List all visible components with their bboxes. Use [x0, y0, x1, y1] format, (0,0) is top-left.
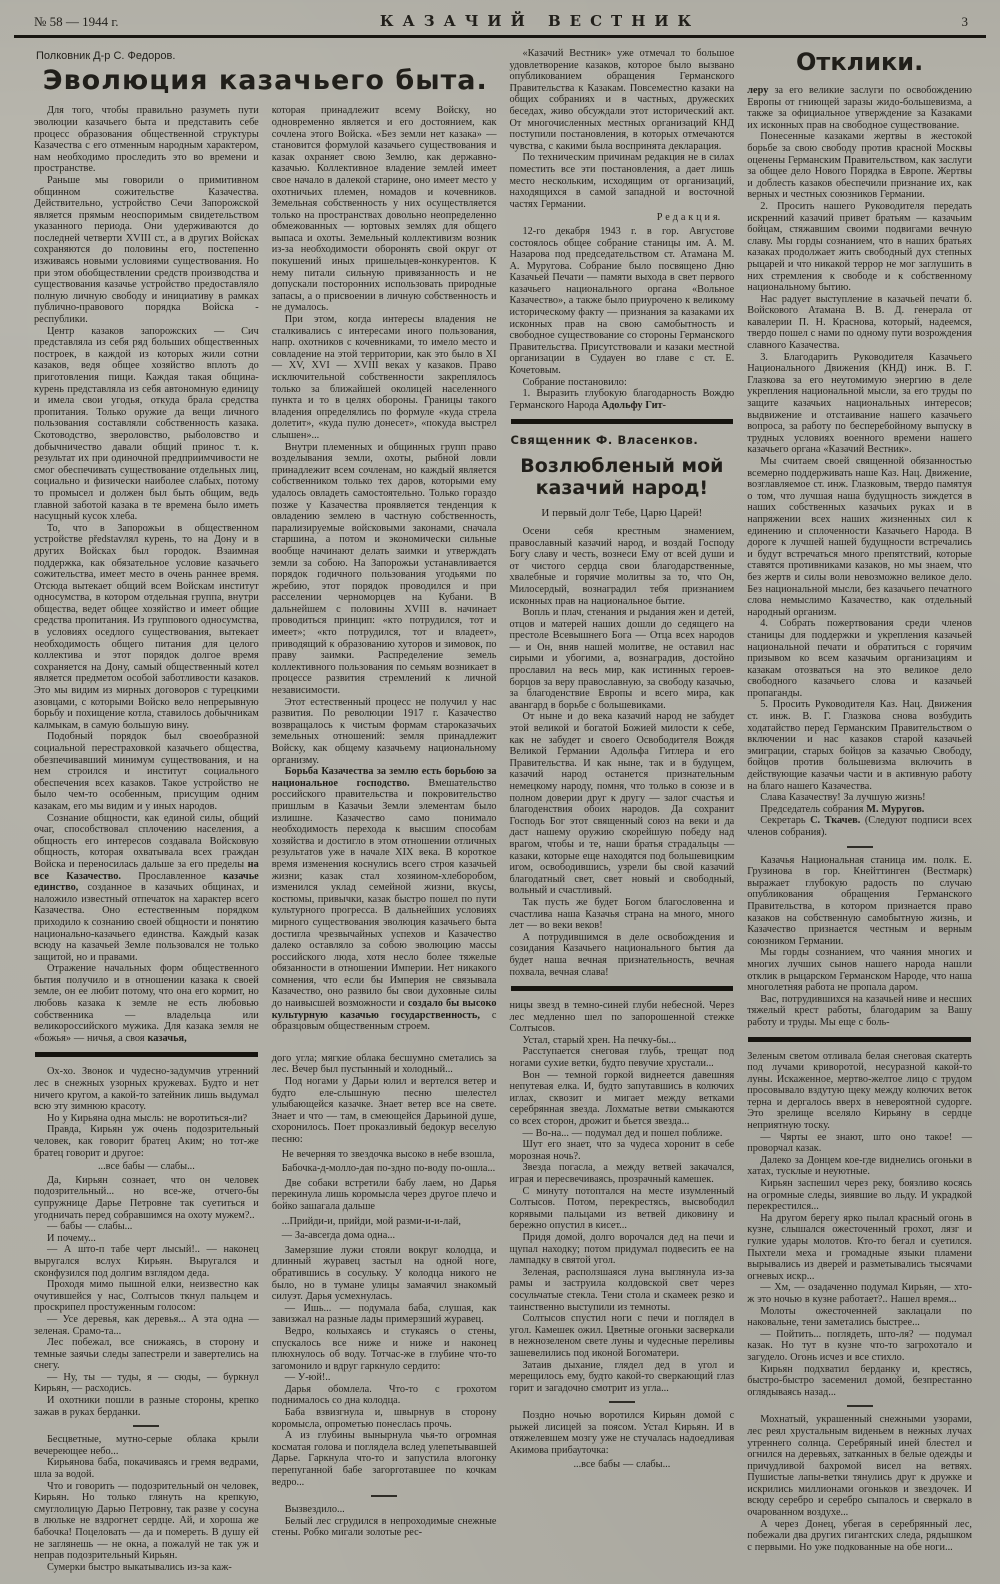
- paragraph: Замерзшие лужи стояли вокруг колодца, и …: [272, 1245, 497, 1303]
- dash-divider: [847, 846, 873, 848]
- sermon-subtitle: И первый долг Тебе, Царю Царей!: [510, 507, 735, 519]
- paragraph: Звезда погасла, а между ветвей закачался…: [510, 1162, 735, 1185]
- paragraph: Расступается снеговая глубь, трещат под …: [510, 1046, 735, 1069]
- paragraph: Вас, потрудившихся на казачьей ниве и не…: [747, 994, 972, 1029]
- paragraph: Нас радует выступление в казачьей печати…: [747, 294, 972, 352]
- paragraph: леру за его великие заслуги по освобожде…: [747, 85, 972, 131]
- paragraph: Но у Кирьяна одна мысль: не воротиться-л…: [34, 1113, 259, 1125]
- paragraph: Шут его знает, что за чудеса хоронит в с…: [510, 1139, 735, 1162]
- paragraph: А потрудившимся в деле освобождения и со…: [510, 932, 735, 978]
- evolution-article-text-col2: которая принадлежит всему Войску, но одн…: [272, 105, 497, 1033]
- paragraph: Для того, чтобы правильно разуметь пути …: [34, 105, 259, 175]
- paragraph: Молоты ожесточенней заклацали по наковал…: [747, 1306, 972, 1329]
- paragraph: — За-авсегда дома одна...: [272, 1230, 497, 1242]
- paragraph: На другом берегу ярко пылал красный огон…: [747, 1213, 972, 1283]
- paragraph: Не вечерняя то звездочка высоко в небе в…: [272, 1149, 497, 1161]
- paragraph: Ох-хо. Звонок и чудесно-задумчив утренни…: [34, 1066, 259, 1112]
- paragraph: 5. Просить Руководителя Каз. Нац. Движен…: [747, 699, 972, 792]
- paragraph: Мы горды сознанием, что чаяния многих и …: [747, 947, 972, 993]
- paragraph: Сознание общности, как единой силы, общи…: [34, 813, 259, 964]
- paragraph: Вон — темной горкой виднеется давешняя н…: [510, 1070, 735, 1128]
- paragraph: Ведро, колыхаясь и стукаясь о стены, спу…: [272, 1326, 497, 1372]
- masthead: № 58 — 1944 г. КАЗАЧИЙ ВЕСТНИК 3: [10, 6, 990, 32]
- paragraph: Солтысов спустил ноги с печи и поглядел …: [510, 1313, 735, 1359]
- paragraph: 12-го декабря 1943 г. в гор. Августове с…: [510, 226, 735, 377]
- paragraph: Собрание постановило:: [510, 377, 735, 389]
- issue-number: № 58 — 1944 г.: [34, 14, 119, 30]
- paragraph: «Казачий Вестник» уже отмечал то большое…: [510, 48, 735, 152]
- paragraph: — У-юй!..: [272, 1372, 497, 1384]
- paragraph: По техническим причинам редакция не в си…: [510, 152, 735, 210]
- paragraph: Отражение начальных форм общественного б…: [34, 963, 259, 1044]
- paragraph: 4. Собрать пожертвования среди членов ст…: [747, 618, 972, 699]
- section-divider-bar: [748, 1037, 971, 1042]
- paragraph: — Чярты ее знают, што оно такое! — прово…: [747, 1132, 972, 1155]
- paragraph: Кирьян заспешил через реку, боязливо кос…: [747, 1178, 972, 1213]
- evolution-article-header: Полковник Д-р С. Федоров. Эволюция казач…: [34, 48, 497, 105]
- paragraph: А через Донец, убегая в серебрянный лес,…: [747, 1519, 972, 1554]
- paragraph: То, что в Запорожьи в общественном устро…: [34, 523, 259, 732]
- paragraph: — Во-на... — подумал дед и пошел поближе…: [510, 1128, 735, 1140]
- paragraph: 3. Благодарить Руководителя Казачьего На…: [747, 352, 972, 456]
- newspaper-page: № 58 — 1944 г. КАЗАЧИЙ ВЕСТНИК 3 Полковн…: [0, 0, 1000, 1584]
- paragraph: При этом, когда интересы владения не ста…: [272, 314, 497, 442]
- paragraph: Внутри племенных и общинных групп право …: [272, 442, 497, 697]
- paragraph: ...все бабы — слабы...: [34, 1161, 259, 1173]
- paragraph: ...Прийди-и, прийди, мой разми-и-и-лай,: [272, 1216, 497, 1228]
- paragraph: Понесенные казаками жертвы в жестокой бо…: [747, 131, 972, 201]
- paragraph: дого угла; мягкие облака бесшумно сметал…: [272, 1053, 497, 1076]
- paragraph: — Ишь... — подумала баба, слушая, как за…: [272, 1303, 497, 1326]
- paragraph: Две собаки встретили бабу лаем, но Дарья…: [272, 1178, 497, 1213]
- section-divider-bar: [511, 419, 734, 424]
- paragraph: И почему...: [34, 1233, 259, 1245]
- paragraph: Бабочка-д-молло-дая по-здно по-воду по-о…: [272, 1163, 497, 1175]
- paragraph: Осени себя крестным знамением, православ…: [510, 526, 735, 607]
- section-divider-bar: [35, 1052, 258, 1057]
- paragraph: И охотники пошли в разные стороны, крепк…: [34, 1395, 259, 1418]
- paragraph: Бесцветные, мутно-серые облака крыли веч…: [34, 1434, 259, 1457]
- paragraph: Мохнатый, украшенный снежными узорами, л…: [747, 1414, 972, 1518]
- otkliki-title: Отклики.: [747, 48, 972, 76]
- paragraph: Устал, старый хрен. На печку-бы...: [510, 1035, 735, 1047]
- masthead-rule: [14, 35, 986, 38]
- page-number: 3: [962, 14, 969, 30]
- paragraph: Вызвездило...: [272, 1504, 497, 1516]
- paragraph: — бабы — слабы...: [34, 1221, 259, 1233]
- dash-divider: [371, 1495, 397, 1497]
- paragraph: Казачья Национальная станица им. полк. Е…: [747, 855, 972, 948]
- paragraph: Белый лес сгрудился в непроходимые снежн…: [272, 1516, 497, 1539]
- paragraph: Мы считаем своей священной обязанностью …: [747, 456, 972, 618]
- feuilleton-text-col1: Ох-хо. Звонок и чудесно-задумчив утренни…: [34, 1066, 259, 1573]
- evolution-article-title: Эволюция казачьего быта.: [34, 67, 497, 95]
- feuilleton-text-col3: ницы звезд в темно-синей глуби небесной.…: [510, 1000, 735, 1470]
- paragraph: Слава Казачеству! За лучшую жизнь!: [747, 792, 972, 804]
- paragraph: Председатель собрания М. Муругов.: [747, 804, 972, 816]
- evolution-article-text-col1: Для того, чтобы правильно разуметь пути …: [34, 105, 259, 1044]
- paragraph: Лес побежал, все снижаясь, в сторону и т…: [34, 1337, 259, 1372]
- paragraph: Вопль и плач, стенания и рыдания жен и д…: [510, 607, 735, 711]
- paragraph: Что и говорить — подозрительный он челов…: [34, 1481, 259, 1562]
- column-2: которая принадлежит всему Войску, но одн…: [272, 105, 497, 1573]
- sermon-header: Священник Ф. Власенков. Возлюбленый мой …: [510, 433, 735, 519]
- newspaper-title: КАЗАЧИЙ ВЕСТНИК: [380, 12, 700, 30]
- paragraph: Раньше мы говорили о примитивном общинно…: [34, 175, 259, 326]
- paragraph: Зеленым светом отливала белая снеговая с…: [747, 1051, 972, 1132]
- feuilleton-text-col4: Зеленым светом отливала белая снеговая с…: [747, 1051, 972, 1554]
- paragraph: Р е д а к ц и я.: [510, 212, 735, 224]
- paragraph: От ныне и до века казачий народ не забуд…: [510, 711, 735, 897]
- paragraph: Да, Кирьян сознает, что он человек подоз…: [34, 1175, 259, 1221]
- paragraph: Затаив дыхание, глядел дед в угол и мере…: [510, 1360, 735, 1395]
- paragraph: Дарья обомлела. Что-то с грохотом подним…: [272, 1384, 497, 1407]
- paragraph: Проходя мимо пышной елки, неизвестно как…: [34, 1279, 259, 1314]
- sermon-title: Возлюбленый мой казачий народ!: [510, 456, 735, 499]
- paragraph: Этот естественный процесс не получил у н…: [272, 697, 497, 767]
- paragraph: Сумерки быстро выкатывались из-за каж-: [34, 1562, 259, 1574]
- paragraph: Правда, Кирьян уж очень подозрительный ч…: [34, 1124, 259, 1159]
- paragraph: — Ну, ты — туды, я — сюды, — буркнул Кир…: [34, 1372, 259, 1395]
- paragraph: Кирьянова баба, покачиваясь и гремя ведр…: [34, 1457, 259, 1480]
- paragraph: Кирьян подхватил берданку и, крестясь, б…: [747, 1364, 972, 1399]
- paragraph: А из глубины вынырнула чья-то огромная к…: [272, 1430, 497, 1488]
- column-4: Отклики. леру за его великие заслуги по …: [747, 48, 972, 1573]
- column-1: Для того, чтобы правильно разуметь пути …: [34, 105, 259, 1573]
- otkliki-text-col4: леру за его великие заслуги по освобожде…: [747, 85, 972, 1029]
- paragraph: 1. Выразить глубокую благодарность Вождю…: [510, 388, 735, 411]
- paragraph: Подобный порядок был своеобразной социал…: [34, 731, 259, 812]
- paragraph: Центр казаков запорожских — Сич представ…: [34, 326, 259, 523]
- section-divider-bar: [511, 986, 734, 991]
- dash-divider: [847, 1405, 873, 1407]
- paragraph: Так пусть же будет Богом благословенна и…: [510, 897, 735, 932]
- paragraph: Секретарь С. Ткачев. (Следуют подписи вс…: [747, 815, 972, 838]
- paragraph: 2. Просить нашего Руководителя передать …: [747, 201, 972, 294]
- paragraph: — Хм, — озадаченно подумал Кирьян, — хто…: [747, 1282, 972, 1305]
- dash-divider: [133, 1425, 159, 1427]
- section-gap: [272, 1033, 497, 1053]
- evolution-article-byline: Полковник Д-р С. Федоров.: [36, 50, 497, 62]
- paragraph: ницы звезд в темно-синей глуби небесной.…: [510, 1000, 735, 1035]
- dash-divider: [609, 1401, 635, 1403]
- paragraph: Зеленая, расползшаяся луна выглянула из-…: [510, 1267, 735, 1313]
- sermon-text: Осени себя крестным знамением, православ…: [510, 526, 735, 978]
- paragraph: которая принадлежит всему Войску, но одн…: [272, 105, 497, 314]
- paragraph: С минуту потоптался на месте изумленный …: [510, 1186, 735, 1232]
- paragraph: Борьба Казачества за землю есть борьбою …: [272, 766, 497, 1033]
- paragraph: Далеко за Донцем кое-где виднелись огонь…: [747, 1155, 972, 1178]
- page-content: Полковник Д-р С. Федоров. Эволюция казач…: [10, 48, 990, 1573]
- paragraph: Поздно ночью воротился Кирьян домой с ры…: [510, 1410, 735, 1456]
- paragraph: — А што-п табе черт лысый!.. — наконец в…: [34, 1244, 259, 1279]
- paragraph: — Пойтить... поглядеть, што-ля? — подума…: [747, 1329, 972, 1364]
- paragraph: Придя домой, долго ворочался дед на печи…: [510, 1232, 735, 1267]
- column-3: «Казачий Вестник» уже отмечал то большое…: [510, 48, 735, 1573]
- sermon-byline: Священник Ф. Власенков.: [511, 433, 735, 447]
- paragraph: Баба взвизгнула и, швырнув в сторону кор…: [272, 1407, 497, 1430]
- feuilleton-text-col2: дого угла; мягкие облака бесшумно сметал…: [272, 1053, 497, 1539]
- paragraph: ...все бабы — слабы...: [510, 1459, 735, 1471]
- otkliki-text-col3: «Казачий Вестник» уже отмечал то большое…: [510, 48, 735, 411]
- paragraph: — Усе деревья, как деревья... А эта одна…: [34, 1314, 259, 1337]
- paragraph: Под ногами у Дарьи юлил и вертелся ветер…: [272, 1076, 497, 1146]
